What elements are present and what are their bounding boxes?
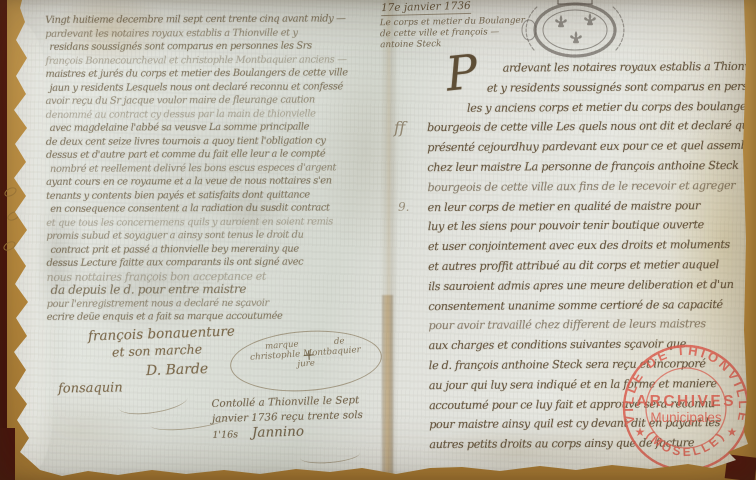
manuscript-line: pour l'enregistrement nous a declaré ne … [47,296,393,311]
manuscript-line: les y anciens corps et metier du corps d… [427,96,745,118]
stamp-ring-bottom-text: (MOSELLE) [644,428,728,459]
archive-manuscript-photo: Vingt huitieme decembre mil sept cent tr… [0,0,756,480]
signature-controller: Jannino [252,424,304,441]
manuscript-line: présenté cejourdhuy pardevant eux pour c… [427,136,745,158]
manuscript-line: luy et les siens pour pouvoir tenir bout… [428,215,746,237]
margin-paraph-mark: 9. [398,200,409,214]
manuscript-line: en leur corps de metier en qualité de ma… [428,195,746,217]
manuscript-line: et y residents soussignés sont comparus … [427,77,745,99]
manuscript-line: contract prit et passé a thionvielle bey… [50,242,396,257]
manuscript-line: et autres proffit attribué au dit corps … [428,255,746,277]
manuscript-line: et user conjointement avec eux des droit… [428,235,746,257]
manuscript-line: ecrire deüe enquis et a fait sa marque a… [47,309,393,324]
controle-fee: 1'16s [212,429,238,441]
manuscript-line: bourgeois de cette ville aux fins de le … [427,176,745,198]
pen-flourish [299,445,360,465]
manuscript-line: bourgeois de cette ville Les quels nous … [427,116,745,138]
royal-armorial-ink-stamp-icon [512,0,642,66]
manuscript-line: françois Bonnecourcheval et christophle … [45,53,391,68]
margin-paraph-mark: ff [394,118,405,137]
stamp-star-right-icon: ★ [727,425,738,439]
manuscript-line: consentement unanime somme certioré de s… [428,294,746,316]
signature-fonsaquin: fonsaquin [58,380,123,396]
controle-registration-note: Contollé a Thionville le Sept janvier 17… [211,393,363,443]
controle-line: 1'16sJannino [212,423,363,443]
left-page-text: Vingt huitieme decembre mil sept cent tr… [45,12,393,324]
illiterate-mark-oval: marque de christophle Montbaquier jure + [228,326,384,396]
signature-bonaventure: françois bonauenture [88,323,235,344]
signature-note: et son marche [112,341,203,359]
stamp-star-left-icon: ★ [635,425,646,439]
act-date: 17e janvier 1736 [381,0,471,16]
manuscript-line: nombré et reellement delivré les bons es… [50,161,396,176]
manuscript-double-page: Vingt huitieme decembre mil sept cent tr… [0,0,756,480]
binding-left-strip [0,428,15,480]
hand-cross-mark: + [302,345,316,364]
stamp-center-line2: Municipales [650,410,722,425]
signature-debarde: D. Barde [146,361,209,379]
stamp-center-line1: ARCHIVES [636,393,736,410]
svg-text:(MOSELLE): (MOSELLE) [644,428,728,459]
manuscript-line: ils sauroient admis apres une meure deli… [428,275,746,297]
manuscript-line: chez leur maistre La personne de françoi… [427,156,745,178]
manuscript-line: avec magdelaine l'abbé sa veusve La somm… [50,120,396,135]
